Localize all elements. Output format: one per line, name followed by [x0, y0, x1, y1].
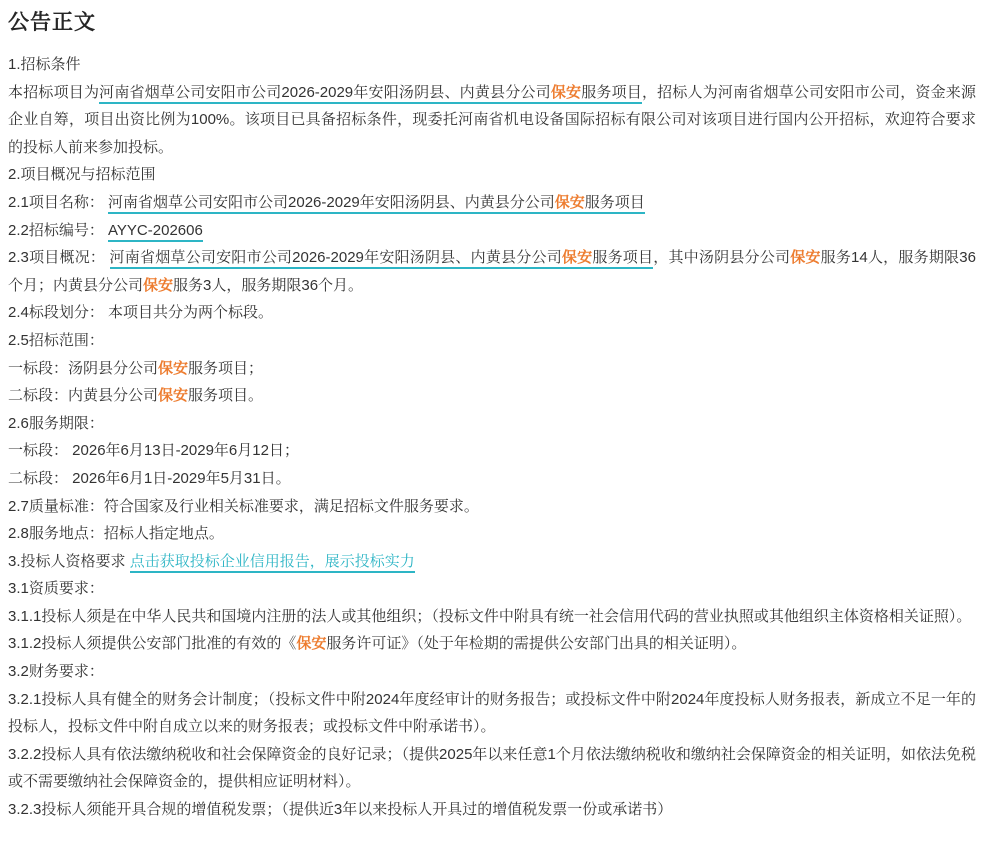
announcement-body: 1.招标条件本招标项目为河南省烟草公司安阳市公司2026-2029年安阳汤阴县、…	[8, 51, 976, 824]
project-title-link[interactable]: 河南省烟草公司安阳市公司2026-2029年安阳汤阴县、内黄县分公司	[110, 249, 562, 269]
keyword-highlight: 保安	[158, 360, 188, 377]
paragraph-line: 2.3项目概况： 河南省烟草公司安阳市公司2026-2029年安阳汤阴县、内黄县…	[8, 244, 976, 299]
paragraph-line: 2.6服务期限：	[8, 410, 976, 438]
paragraph-line: 2.项目概况与招标范围	[8, 161, 976, 189]
project-title-link-keyword[interactable]: 保安	[562, 249, 592, 269]
text-run: 二标段：内黄县分公司	[8, 387, 158, 404]
page-title: 公告正文	[8, 8, 976, 38]
text-run: 2.8服务地点：招标人指定地点。	[8, 525, 224, 542]
text-run: 2.2招标编号：	[8, 222, 108, 239]
text-run: 3.2财务要求：	[8, 663, 104, 680]
paragraph-line: 2.8服务地点：招标人指定地点。	[8, 520, 976, 548]
keyword-highlight: 保安	[158, 387, 188, 404]
text-run: 服务项目；	[188, 360, 263, 377]
paragraph-line: 3.1.2投标人须提供公安部门批准的有效的《保安服务许可证》（处于年检期的需提供…	[8, 630, 976, 658]
text-run: 2.1项目名称：	[8, 194, 108, 211]
paragraph-line: 1.招标条件	[8, 51, 976, 79]
paragraph-line: 一标段：汤阴县分公司保安服务项目；	[8, 355, 976, 383]
paragraph-line: 3.2.2投标人具有依法缴纳税收和社会保障资金的良好记录；（提供2025年以来任…	[8, 741, 976, 796]
paragraph-line: 本招标项目为河南省烟草公司安阳市公司2026-2029年安阳汤阴县、内黄县分公司…	[8, 79, 976, 162]
text-run: 2.4标段划分： 本项目共分为两个标段。	[8, 304, 273, 321]
paragraph-line: 2.1项目名称： 河南省烟草公司安阳市公司2026-2029年安阳汤阴县、内黄县…	[8, 189, 976, 217]
paragraph-line: 2.7质量标准：符合国家及行业相关标准要求，满足招标文件服务要求。	[8, 493, 976, 521]
text-run: 服务项目。	[188, 387, 263, 404]
text-run: 一标段： 2026年6月13日-2029年6月12日；	[8, 442, 299, 459]
paragraph-line: 3.2.1投标人具有健全的财务会计制度；（投标文件中附2024年度经审计的财务报…	[8, 686, 976, 741]
paragraph-line: 二标段：内黄县分公司保安服务项目。	[8, 382, 976, 410]
text-run: 2.项目概况与招标范围	[8, 166, 156, 183]
paragraph-line: 3.2.3投标人须能开具合规的增值税发票；（提供近3年以来投标人开具过的增值税发…	[8, 796, 976, 824]
keyword-highlight: 保安	[790, 249, 820, 266]
text-run: 一标段：汤阴县分公司	[8, 360, 158, 377]
paragraph-line: 3.2财务要求：	[8, 658, 976, 686]
text-run: 3.投标人资格要求	[8, 553, 130, 570]
project-title-link[interactable]: 河南省烟草公司安阳市公司2026-2029年安阳汤阴县、内黄县分公司	[99, 84, 551, 104]
text-run: 2.3项目概况：	[8, 249, 110, 266]
paragraph-line: 二标段： 2026年6月1日-2029年5月31日。	[8, 465, 976, 493]
paragraph-line: 一标段： 2026年6月13日-2029年6月12日；	[8, 437, 976, 465]
text-run: 2.5招标范围：	[8, 332, 104, 349]
paragraph-line: 3.1.1投标人须是在中华人民共和国境内注册的法人或其他组织；（投标文件中附具有…	[8, 603, 976, 631]
paragraph-line: 2.5招标范围：	[8, 327, 976, 355]
text-run: ，其中汤阴县分公司	[653, 249, 790, 266]
project-title-link-keyword[interactable]: 保安	[551, 84, 581, 104]
announcement-page: 公告正文 1.招标条件本招标项目为河南省烟草公司安阳市公司2026-2029年安…	[0, 0, 990, 842]
tender-number-link[interactable]: AYYC-202606	[108, 222, 203, 242]
project-title-link[interactable]: 服务项目	[581, 84, 642, 104]
project-title-link-keyword[interactable]: 保安	[555, 194, 585, 214]
paragraph-line: 2.2招标编号： AYYC-202606	[8, 217, 976, 245]
keyword-highlight: 保安	[143, 277, 173, 294]
paragraph-line: 3.投标人资格要求 点击获取投标企业信用报告，展示投标实力	[8, 548, 976, 576]
paragraph-line: 3.1资质要求：	[8, 575, 976, 603]
text-run: 3.1资质要求：	[8, 580, 104, 597]
text-run: 3.2.1投标人具有健全的财务会计制度；（投标文件中附2024年度经审计的财务报…	[8, 691, 976, 736]
keyword-highlight: 保安	[296, 635, 326, 652]
text-run: 服务3人，服务期限36个月。	[173, 277, 363, 294]
project-title-link[interactable]: 服务项目	[592, 249, 653, 269]
text-run: 服务许可证》（处于年检期的需提供公安部门出具的相关证明）。	[326, 635, 746, 652]
text-run: 1.招标条件	[8, 56, 81, 73]
text-run: 本招标项目为	[8, 84, 99, 101]
text-run: 二标段： 2026年6月1日-2029年5月31日。	[8, 470, 291, 487]
project-title-link[interactable]: 服务项目	[585, 194, 645, 214]
paragraph-line: 2.4标段划分： 本项目共分为两个标段。	[8, 299, 976, 327]
credit-report-link[interactable]: 点击获取投标企业信用报告，展示投标实力	[130, 553, 415, 573]
text-run: 3.1.1投标人须是在中华人民共和国境内注册的法人或其他组织；（投标文件中附具有…	[8, 608, 971, 625]
text-run: 2.6服务期限：	[8, 415, 104, 432]
text-run: 3.2.2投标人具有依法缴纳税收和社会保障资金的良好记录；（提供2025年以来任…	[8, 746, 976, 791]
text-run: 2.7质量标准：符合国家及行业相关标准要求，满足招标文件服务要求。	[8, 498, 479, 515]
project-title-link[interactable]: 河南省烟草公司安阳市公司2026-2029年安阳汤阴县、内黄县分公司	[108, 194, 555, 214]
text-run: 3.2.3投标人须能开具合规的增值税发票；（提供近3年以来投标人开具过的增值税发…	[8, 801, 672, 818]
text-run: 3.1.2投标人须提供公安部门批准的有效的《	[8, 635, 296, 652]
